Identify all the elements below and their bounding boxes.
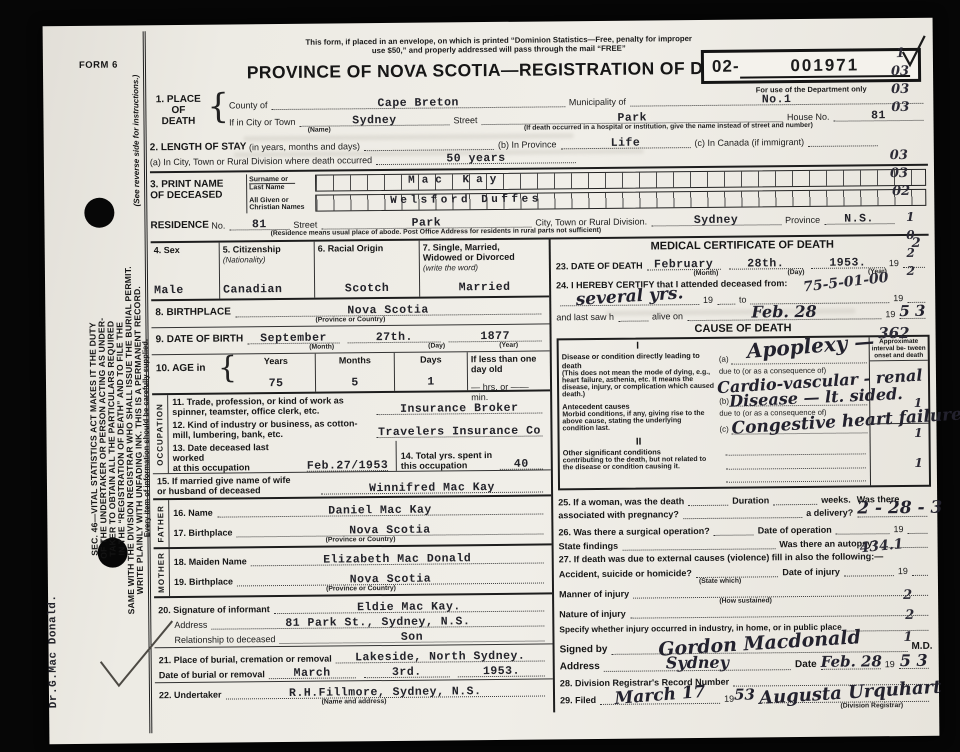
years-occupation-value: 40 [500, 458, 543, 471]
alive-on-label: alive on [652, 311, 683, 321]
section-informant: 20. Signature of informant Eldie Mac Kay… [154, 592, 552, 647]
filed-label: 29. Filed [560, 695, 596, 705]
sex-label: 4. Sex [154, 245, 216, 256]
residence-label: RESIDENCE [150, 220, 208, 232]
registration-stamp: 02- 001971 For use of the Department onl… [701, 48, 921, 95]
infant-label: If less than one day old [471, 353, 547, 374]
physician-address-value: Sydney [604, 652, 791, 673]
infant-hrs-label: hrs. or [483, 382, 509, 392]
section-birthplace: 8. BIRTHPLACE Nova Scotia (Province or C… [151, 295, 549, 325]
margin-code: 03 [891, 82, 909, 97]
antecedent-note: Morbid conditions, if any, giving rise t… [562, 410, 714, 432]
marital-hint: (write the word) [423, 263, 478, 273]
last-saw-year-value: 5 3 [899, 302, 925, 320]
q29-row: 29. Filed March 17 19 53 Augusta Urquhar… [560, 685, 933, 706]
section-burial: 21. Place of burial, cremation or remova… [155, 643, 553, 682]
residence-city-label: City, Town or Rural Division. [535, 216, 647, 227]
medical-certificate: MEDICAL CERTIFICATE OF DEATH 23. DATE OF… [551, 236, 934, 713]
last-saw-label: and last saw h [556, 312, 614, 323]
cause-a-label: (a) [719, 355, 729, 364]
sig-address-row: Address Sydney Date Feb. 28 19 5 3 [560, 652, 933, 673]
q15-label: or husband of deceased [157, 485, 317, 497]
operation-date-label: Date of operation [758, 525, 832, 536]
form-area: 02- 001971 For use of the Department onl… [149, 32, 934, 733]
house-no-value: 81 [833, 109, 923, 123]
margin-code: 02 [892, 184, 910, 199]
residence-city-value: Sydney [651, 213, 781, 227]
part-two-note: contributing to the death, but not relat… [563, 456, 715, 471]
margin-code: 2 [905, 608, 914, 623]
mother-name-value: Elizabeth Mac Donald [251, 552, 544, 568]
q1-label: 1. PLACE [149, 94, 207, 106]
printed-19: 19 [889, 258, 899, 268]
age-months-label: Months [339, 355, 371, 365]
margin-code: 1 [903, 630, 912, 645]
margin-code: 2 [907, 264, 915, 278]
filed-year-value: 53 [734, 685, 755, 703]
racial-origin-value: Scotch [318, 282, 416, 296]
given-names-value: Welsford Duffes [390, 194, 542, 207]
burial-place-label: 21. Place of burial, cremation or remova… [159, 654, 332, 666]
house-no-label: House No. [787, 112, 830, 122]
occupation-side-label: OCCUPATION [155, 403, 165, 466]
delivery-label-2: a delivery? [806, 508, 853, 518]
q3-label: 3. PRINT NAME [150, 178, 246, 190]
margin-code: 1 [906, 210, 914, 224]
father-name-value: Daniel Mac Kay [217, 503, 544, 519]
operation-label: 26. Was there a surgical operation? [558, 526, 709, 537]
cause-c-label: (c) [719, 425, 728, 434]
age-months-value: 5 [351, 376, 359, 389]
pregnancy-label-2: associated with pregnancy? [558, 509, 679, 520]
q12-label: mill, lumbering, bank, etc. [172, 428, 372, 440]
q14-label: 14. Total yrs. spent in [401, 450, 496, 461]
physician-address-label: Address [560, 661, 600, 672]
surname-label: Surname or [249, 176, 313, 184]
section-date-of-birth: 9. DATE OF BIRTH September 27th. 1877 (M… [151, 323, 549, 352]
form-number-label: FORM 6 [79, 60, 118, 71]
death-day-value: 28th. [729, 257, 803, 271]
margin-code: 2 [903, 588, 912, 603]
informant-label: 20. Signature of informant [158, 604, 270, 615]
duration-label: Duration [732, 495, 769, 505]
age-days-value: 1 [427, 376, 435, 389]
margin-code: 1 [896, 46, 905, 61]
province-stay-value: Life [560, 136, 690, 150]
margin-code: 1 [914, 456, 922, 470]
city-label: If in City or Town [229, 117, 295, 128]
age-label: 10. AGE in [152, 355, 218, 394]
printed-19: 19 [898, 566, 908, 576]
father-name-label: 16. Name [173, 508, 213, 518]
citizenship-label: 5. Citizenship [223, 244, 281, 255]
q11-label: spinner, teamster, office clerk, etc. [172, 405, 372, 417]
delivery-value: 2 - 28 - 3 [857, 498, 927, 519]
pencil-checkmark [92, 617, 183, 698]
dob-month-value: September [247, 331, 340, 345]
margin-code: 03 [890, 148, 908, 163]
death-month-value: February [647, 258, 721, 272]
sig-date-label: Date [795, 659, 817, 670]
printed-19: 19 [885, 659, 895, 669]
manner-injury-label: Manner of injury [559, 589, 629, 600]
q1-label: OF [149, 105, 207, 117]
brace: { [207, 92, 229, 135]
margin-code: 03 [891, 100, 909, 115]
section-print-name: 3. PRINT NAME OF DECEASED Surname or Las… [150, 164, 928, 214]
margin-code: 2 [912, 236, 921, 251]
pregnancy-label: 25. If a woman, was the death [558, 496, 684, 507]
mother-name-label: 18. Maiden Name [174, 556, 247, 567]
age-years-value: 75 [269, 377, 284, 390]
county-label: County of [229, 100, 268, 110]
dob-year-value: 1877 [449, 330, 542, 344]
form-title: PROVINCE OF NOVA SCOTIA—REGISTRATION OF … [229, 57, 769, 83]
brace: { [218, 354, 237, 392]
sidebar-reverse-note: (See reverse side for instructions.) [131, 65, 141, 215]
section-occupation: OCCUPATION 11. Trade, profession, or kin… [152, 389, 551, 473]
q13-q14-row: 13. Date deceased last worked at this oc… [169, 439, 551, 473]
mother-side-label: MOTHER [157, 552, 166, 593]
stamp-number: 001971 [790, 55, 859, 76]
q13-label: at this occupation [173, 462, 303, 473]
birthplace-label: 8. BIRTHPLACE [155, 306, 231, 318]
section-residence: RESIDENCE No. 81 Street Park City, Town … [150, 209, 928, 238]
last-worked-value: Feb.27/1953 [307, 459, 388, 473]
age-years-label: Years [264, 356, 288, 366]
cause-entries: (a) Apoplexy — due to (or as a consequen… [717, 337, 870, 486]
dob-day-value: 27th. [348, 330, 441, 344]
residence-street-value: Park [321, 216, 531, 231]
q1-label: DEATH [149, 116, 207, 128]
street-label: Street [453, 115, 477, 125]
relationship-value: Son [279, 629, 544, 645]
date-injury-label: Date of injury [782, 567, 840, 578]
citizenship-value: Canadian [223, 283, 311, 297]
last-saw-value: Feb. 28 [687, 301, 882, 322]
racial-origin-label: 6. Racial Origin [318, 243, 416, 254]
margin-code: 03 [890, 166, 908, 181]
section-age: 10. AGE in { Years 75 Months 5 Days 1 [152, 350, 550, 393]
doctor-margin-note: Dr.G.Mac Donald. [47, 571, 61, 731]
q13-label: 13. Date deceased last worked [173, 442, 303, 463]
form-columns: 4. Sex Male 5. Citizenship (Nationality)… [151, 234, 934, 716]
cause-of-death-box: I Disease or condition directly leading … [557, 335, 931, 491]
occupation-value: Insurance Broker [376, 402, 542, 417]
citizenship-hint: (Nationality) [223, 255, 266, 264]
death-year-value: 1953. [811, 256, 885, 270]
q12-row: 12. Kind of industry or business, as cot… [168, 413, 550, 440]
form-paper: FORM 6 SEC. 46—VITAL STATISTICS ACT MAKE… [43, 18, 940, 745]
scanned-death-registration: { "header": { "form_label": "FORM 6", "e… [0, 0, 960, 752]
q23-row: 23. DATE OF DEATH February 28th. 1953. 1… [556, 253, 929, 272]
dob-label: 9. DATE OF BIRTH [156, 333, 244, 345]
signed-by-label: Signed by [560, 644, 608, 655]
cause-b-label: (b) [719, 397, 729, 406]
section-personal: 4. Sex Male 5. Citizenship (Nationality)… [151, 239, 550, 299]
section-mother: MOTHER 18. Maiden Name Elizabeth Mac Don… [154, 543, 552, 596]
margin-code: 1 [914, 426, 922, 440]
q11-row: 11. Trade, profession, or kind of work a… [168, 391, 550, 417]
city-value: Sydney [299, 113, 449, 127]
given-names-label: Christian Names [249, 203, 313, 211]
part-one-label: Disease or condition directly leading to… [562, 351, 714, 370]
burial-place-value: Lakeside, North Sydney. [336, 649, 545, 664]
date-of-death-label: 23. DATE OF DEATH [556, 261, 643, 272]
weeks-label: weeks. [821, 495, 851, 505]
father-side-label: FATHER [156, 505, 165, 542]
sig-date-value: Feb. 28 [821, 652, 881, 671]
q2c-label: (c) In Canada (if immigrant) [694, 137, 804, 148]
sex-value: Male [154, 284, 216, 298]
residence-no-value: 81 [229, 218, 289, 232]
surname-label: Last Name [249, 183, 295, 191]
accident-label: Accident, suicide or homicide? [559, 568, 692, 579]
medical-title: MEDICAL CERTIFICATE OF DEATH [556, 238, 929, 254]
section-spouse: 15. If married give name of wife or husb… [153, 469, 551, 498]
section-father: FATHER 16. Name Daniel Mac Kay 17. Birth… [153, 494, 551, 547]
section-length-of-stay: 2. LENGTH OF STAY (in years, months and … [150, 131, 928, 167]
part-one-note: (This does not mean the mode of dying, e… [562, 369, 714, 398]
residence-province-value: N.S. [824, 212, 894, 226]
stamp-prefix: 02- [712, 57, 740, 77]
surname-value: Mac Kay [408, 174, 503, 187]
printed-19: 19 [885, 309, 895, 319]
given-names-grid: Welsford Duffes [315, 189, 926, 212]
city-stay-value: 50 years [376, 151, 576, 166]
burial-day-value: 3rd. [363, 665, 450, 679]
sig-year-value: 5 3 [899, 651, 929, 670]
q2-label: 2. LENGTH OF STAY [150, 141, 247, 153]
q2-hint: (in years, months and days) [249, 141, 360, 152]
margin-code: 362 [878, 324, 909, 342]
mother-birthplace-label: 19. Birthplace [174, 576, 233, 587]
q14-label: this occupation [401, 460, 496, 471]
informant-value: Eldie Mac Kay. [274, 600, 545, 616]
left-column: 4. Sex Male 5. Citizenship (Nationality)… [151, 239, 556, 716]
section-place-of-death: 1. PLACE OF DEATH { County of Cape Breto… [149, 87, 927, 135]
findings-label: State findings [559, 541, 619, 552]
q3-label: OF DECEASED [150, 189, 246, 201]
marital-label: Widowed or Divorced [423, 252, 515, 263]
margin-code: 03 [891, 64, 909, 79]
burial-year-value: 1953. [458, 664, 545, 678]
q27-nature-row: Nature of injury [559, 603, 932, 620]
q2a-label: (a) In City, Town or Rural Division wher… [150, 155, 372, 167]
nature-injury-label: Nature of injury [559, 609, 626, 620]
industry-value: Travelers Insurance Co [376, 425, 542, 440]
stamp-box: 02- 001971 [701, 48, 921, 84]
residence-street-label: Street [293, 220, 317, 230]
printed-19: 19 [893, 524, 903, 534]
age-days-label: Days [420, 354, 442, 364]
father-birthplace-label: 17. Birthplace [173, 527, 232, 538]
residence-province-label: Province [785, 215, 820, 225]
residence-no-label: No. [211, 221, 225, 231]
municipality-label: Municipality of [569, 97, 626, 108]
burial-month-value: March [269, 666, 356, 680]
spouse-value: Winnifred Mac Kay [321, 481, 543, 496]
marital-value: Married [423, 280, 546, 294]
relationship-label: Relationship to deceased [174, 634, 275, 645]
printed-19: 19 [724, 694, 734, 704]
q2b-label: (b) In Province [498, 139, 557, 150]
section-undertaker: 22. Undertaker R.H.Fillmore, Sydney, N.S… [155, 678, 553, 709]
